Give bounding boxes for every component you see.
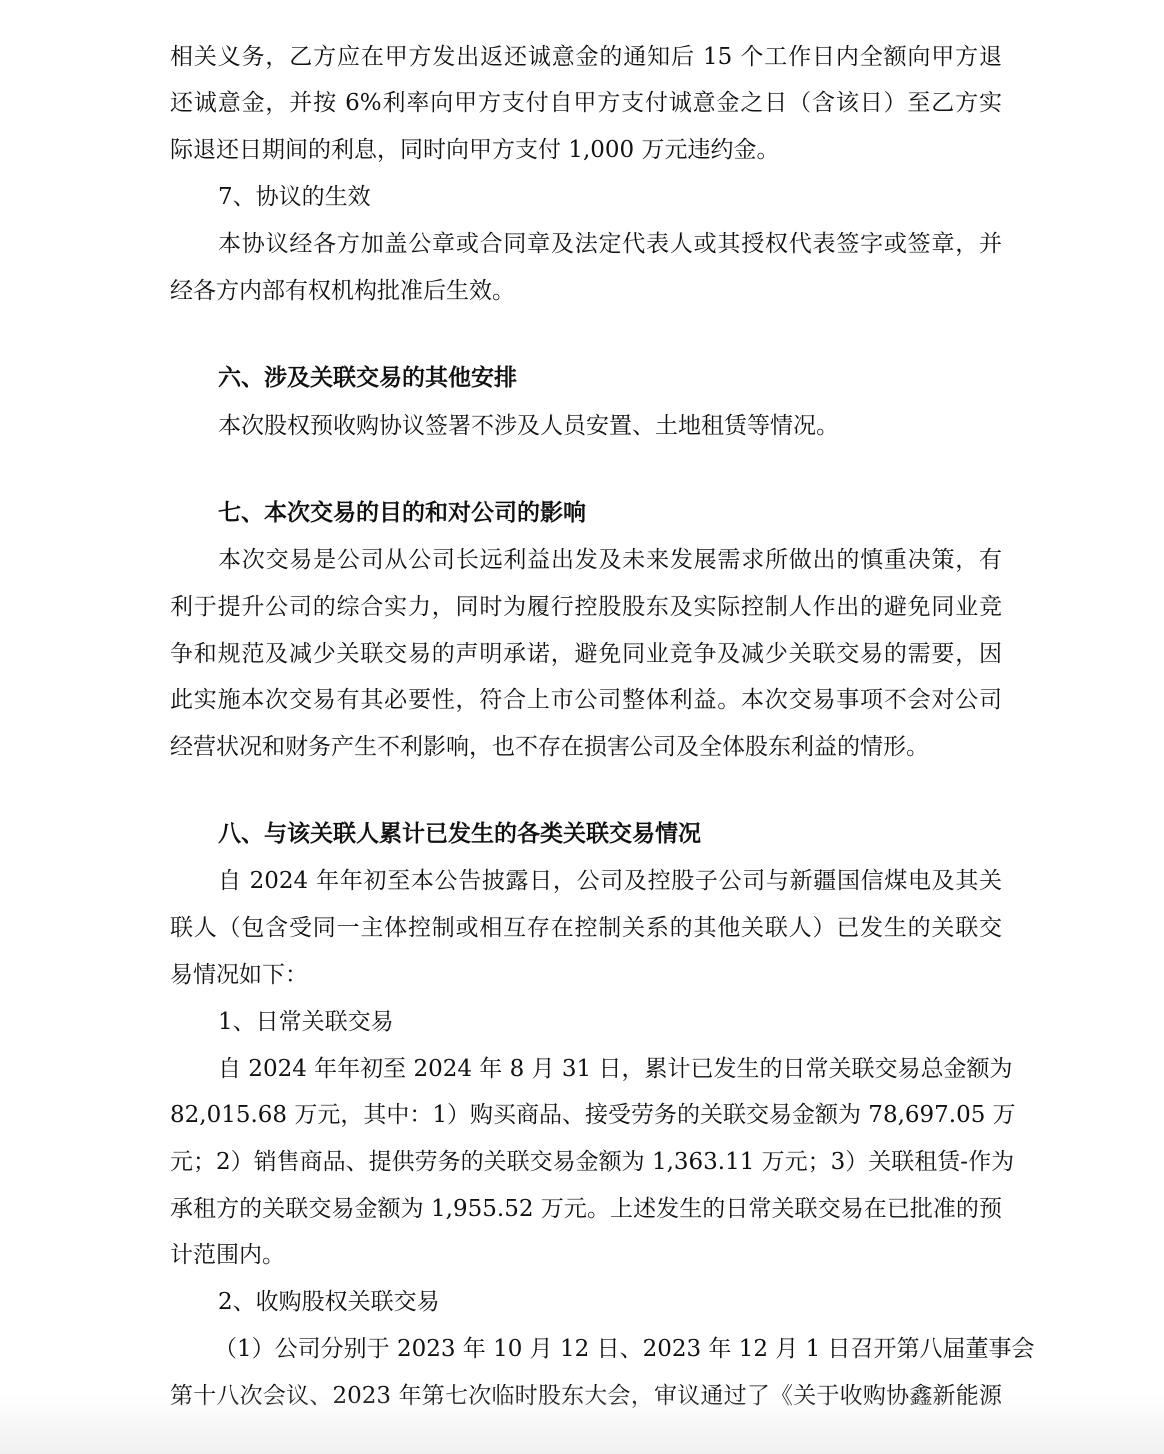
clause-title: 7、协议的生效 (218, 182, 1002, 212)
paragraph-line: 联人（包含受同一主体控制或相互存在控制关系的其他关联人）已发生的关联交 (170, 913, 1002, 943)
section-heading: 八、与该关联人累计已发生的各类关联交易情况 (218, 819, 1002, 849)
paragraph-line: 经各方内部有权机构批准后生效。 (170, 276, 1002, 306)
paragraph-line: 际退还日期间的利息，同时向甲方支付 1,000 万元违约金。 (170, 135, 1002, 165)
subsection-title: 2、收购股权关联交易 (218, 1287, 1002, 1317)
paragraph-line: 相关义务，乙方应在甲方发出返还诚意金的通知后 15 个工作日内全额向甲方退 (170, 42, 1002, 72)
paragraph-line: 争和规范及减少关联交易的声明承诺，避免同业竞争及减少关联交易的需要，因 (170, 639, 1002, 669)
paragraph-line: 自 2024 年年初至 2024 年 8 月 31 日，累计已发生的日常关联交易… (218, 1054, 1002, 1084)
paragraph-line: 利于提升公司的综合实力，同时为履行控股股东及实际控制人作出的避免同业竞 (170, 592, 1002, 622)
paragraph-line: 自 2024 年年初至本公告披露日，公司及控股子公司与新疆国信煤电及其关 (218, 866, 1002, 896)
section-heading: 六、涉及关联交易的其他安排 (218, 363, 1002, 393)
paragraph-line: 本次交易是公司从公司长远利益出发及未来发展需求所做出的慎重决策，有 (218, 545, 1002, 575)
paragraph-line: 第十八次会议、2023 年第七次临时股东大会，审议通过了《关于收购协鑫新能源 (170, 1381, 1002, 1411)
paragraph-line: 易情况如下： (170, 960, 1002, 990)
paragraph-line: 本协议经各方加盖公章或合同章及法定代表人或其授权代表签字或签章，并 (218, 229, 1002, 259)
paragraph-line: 本次股权预收购协议签署不涉及人员安置、土地租赁等情况。 (218, 411, 1002, 441)
paragraph-line: （1）公司分别于 2023 年 10 月 12 日、2023 年 12 月 1 … (214, 1334, 1002, 1364)
paragraph-line: 此实施本次交易有其必要性，符合上市公司整体利益。本次交易事项不会对公司 (170, 685, 1002, 715)
paragraph-line: 承租方的关联交易金额为 1,955.52 万元。上述发生的日常关联交易在已批准的… (170, 1194, 1002, 1224)
paragraph-line: 元；2）销售商品、提供劳务的关联交易金额为 1,363.11 万元；3）关联租赁… (170, 1147, 1002, 1177)
paragraph-line: 还诚意金，并按 6%利率向甲方支付自甲方支付诚意金之日（含该日）至乙方实 (170, 88, 1002, 118)
paragraph-line: 82,015.68 万元，其中：1）购买商品、接受劳务的关联交易金额为 78,6… (170, 1100, 1002, 1130)
subsection-title: 1、日常关联交易 (218, 1007, 1002, 1037)
paragraph-line: 经营状况和财务产生不利影响，也不存在损害公司及全体股东利益的情形。 (170, 732, 1002, 762)
paragraph-line: 计范围内。 (170, 1240, 1002, 1270)
section-heading: 七、本次交易的目的和对公司的影响 (218, 498, 1002, 528)
